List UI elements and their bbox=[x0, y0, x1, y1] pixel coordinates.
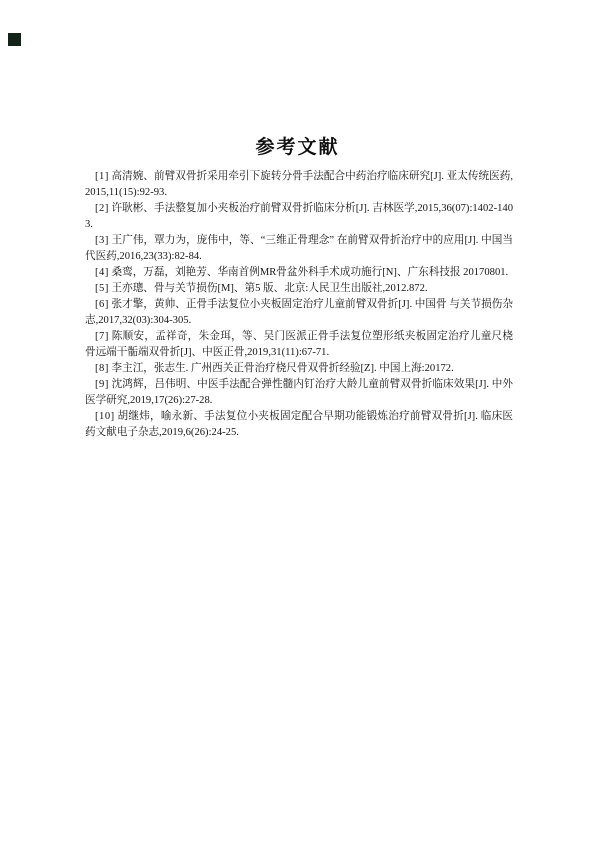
reference-label: [6] bbox=[95, 299, 109, 310]
reference-text: 桑鸾，万磊，刘艳芳、华南首例MR骨盆外科手术成功施行[N]、广东科技报 2017… bbox=[109, 267, 508, 278]
reference-item: [9] 沈鸿辉，吕伟明、中医手法配合弹性髓内钉治疗大龄儿童前臂双骨折临床效果[J… bbox=[85, 377, 513, 409]
reference-label: [7] bbox=[95, 331, 109, 342]
reference-text: 胡继炜，喻永新、手法复位小夹板固定配合早期功能锻炼治疗前臂双骨折[J]. 临床医… bbox=[85, 411, 513, 438]
reference-label: [3] bbox=[95, 235, 109, 246]
reference-item: [7] 陈顺安，孟祥奇，朱金珥，等、吴门医派正骨手法复位塑形纸夹板固定治疗儿童尺… bbox=[85, 329, 513, 361]
reference-label: [9] bbox=[95, 379, 109, 390]
reference-label: [5] bbox=[95, 283, 109, 294]
reference-item: [10] 胡继炜，喻永新、手法复位小夹板固定配合早期功能锻炼治疗前臂双骨折[J]… bbox=[85, 409, 513, 441]
reference-label: [4] bbox=[95, 267, 109, 278]
reference-item: [4] 桑鸾，万磊，刘艳芳、华南首例MR骨盆外科手术成功施行[N]、广东科技报 … bbox=[85, 265, 513, 281]
reference-list: [1] 高清婉、前臂双骨折采用牵引下旋转分骨手法配合中药治疗临床研究[J]. 亚… bbox=[85, 169, 513, 441]
reference-item: [6] 张才擎，黄帅、正骨手法复位小夹板固定治疗儿童前臂双骨折[J]. 中国骨 … bbox=[85, 297, 513, 329]
reference-item: [3] 王广伟，覃力为，庞伟中，等、“三维正骨理念” 在前臂双骨折治疗中的应用[… bbox=[85, 233, 513, 265]
reference-label: [10] bbox=[95, 411, 115, 422]
page-title: 参考文献 bbox=[0, 0, 595, 159]
reference-text: 王亦璁、骨与关节损伤[M]、第5 版、北京:人民卫生出版社,2012.872. bbox=[109, 283, 428, 294]
reference-text: 李主江，张志生. 广州西关正骨治疗桡尺骨双骨折经验[Z]. 中国上海:20172… bbox=[109, 363, 454, 374]
corner-mark bbox=[8, 33, 21, 46]
document-page: 参考文献 [1] 高清婉、前臂双骨折采用牵引下旋转分骨手法配合中药治疗临床研究[… bbox=[0, 0, 595, 842]
reference-text: 沈鸿辉，吕伟明、中医手法配合弹性髓内钉治疗大龄儿童前臂双骨折临床效果[J]. 中… bbox=[85, 379, 513, 406]
reference-text: 高清婉、前臂双骨折采用牵引下旋转分骨手法配合中药治疗临床研究[J]. 亚太传统医… bbox=[85, 171, 513, 198]
reference-item: [5] 王亦璁、骨与关节损伤[M]、第5 版、北京:人民卫生出版社,2012.8… bbox=[85, 281, 513, 297]
reference-item: [8] 李主江，张志生. 广州西关正骨治疗桡尺骨双骨折经验[Z]. 中国上海:2… bbox=[85, 361, 513, 377]
reference-label: [1] bbox=[95, 171, 109, 182]
reference-label: [8] bbox=[95, 363, 109, 374]
reference-text: 许耿彬、手法整复加小夹板治疗前臂双骨折临床分析[J]. 吉林医学,2015,36… bbox=[85, 203, 513, 230]
reference-text: 王广伟，覃力为，庞伟中，等、“三维正骨理念” 在前臂双骨折治疗中的应用[J]. … bbox=[85, 235, 513, 262]
reference-text: 陈顺安，孟祥奇，朱金珥，等、吴门医派正骨手法复位塑形纸夹板固定治疗儿童尺桡骨远端… bbox=[85, 331, 513, 358]
reference-item: [1] 高清婉、前臂双骨折采用牵引下旋转分骨手法配合中药治疗临床研究[J]. 亚… bbox=[85, 169, 513, 201]
reference-text: 张才擎，黄帅、正骨手法复位小夹板固定治疗儿童前臂双骨折[J]. 中国骨 与关节损… bbox=[85, 299, 513, 326]
reference-label: [2] bbox=[95, 203, 109, 214]
reference-item: [2] 许耿彬、手法整复加小夹板治疗前臂双骨折临床分析[J]. 吉林医学,201… bbox=[85, 201, 513, 233]
